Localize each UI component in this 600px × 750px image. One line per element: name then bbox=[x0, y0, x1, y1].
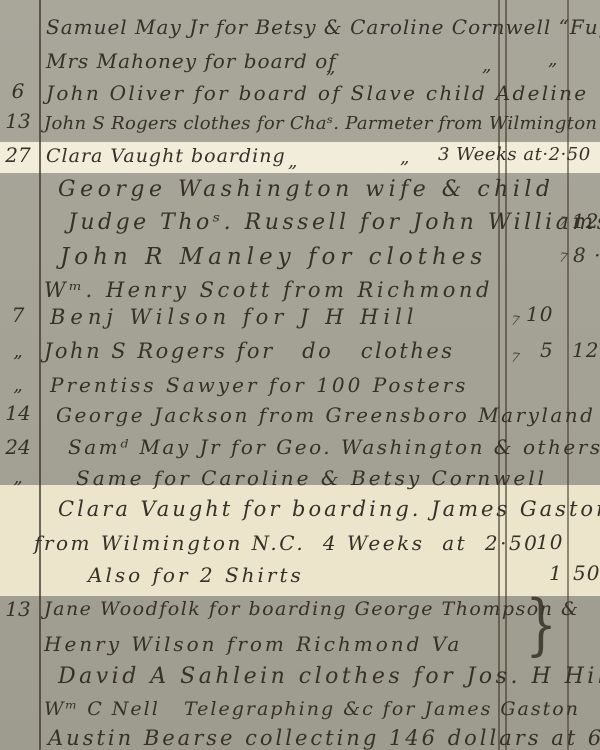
ledger-page: 6 13 27 7 „ „ 14 24 „ 13 Samuel May Jr f… bbox=[0, 0, 600, 750]
ledger-line: Prentiss Sawyer for 100 Posters bbox=[50, 374, 468, 396]
ledger-line: George Jackson from Greensboro Maryland bbox=[56, 404, 595, 426]
day-number: 13 bbox=[0, 110, 36, 132]
ledger-line: Also for 2 Shirts bbox=[88, 564, 304, 586]
amount: 10 bbox=[536, 531, 563, 553]
ledger-line: John S Rogers clothes for Chaˢ. Parmeter… bbox=[44, 114, 600, 134]
day-number: 14 bbox=[0, 402, 36, 424]
rate-note: 3 Weeks at·2·50 bbox=[438, 145, 591, 165]
amount: 8 · bbox=[573, 244, 600, 266]
tick-mark: 7 bbox=[510, 351, 521, 366]
amount: 12 · bbox=[572, 210, 600, 232]
ditto-mark: „ bbox=[326, 58, 335, 78]
ditto-mark: „ bbox=[0, 342, 36, 362]
ledger-line: Henry Wilson from Richmond Va bbox=[44, 633, 462, 655]
ledger-line: Judge Thoˢ. Russell for John Williams bbox=[68, 211, 600, 235]
ledger-line: Jane Woodfolk for boarding George Thomps… bbox=[44, 599, 579, 620]
ledger-line: Austin Bearse collecting 146 dollars at … bbox=[48, 727, 600, 750]
ledger-line: Clara Vaught for boarding. James Gaston … bbox=[58, 498, 600, 521]
ledger-line: Samuel May Jr for Betsy & Caroline Cornw… bbox=[46, 16, 600, 38]
day-number: 7 bbox=[0, 304, 36, 326]
ledger-line: David A Sahlein clothes for Jos. H Hill bbox=[58, 665, 600, 689]
ditto-mark: „ bbox=[548, 50, 557, 70]
ledger-line: George Washington wife & child bbox=[58, 178, 555, 202]
amount: 10 bbox=[526, 303, 553, 325]
tick-mark: 7 bbox=[558, 215, 569, 230]
ledger-line: John S Rogers for do clothes bbox=[44, 340, 455, 363]
day-number: 6 bbox=[0, 80, 36, 102]
ditto-mark: „ bbox=[0, 376, 36, 396]
amount: 12 bbox=[572, 339, 599, 361]
tick-mark: 7 bbox=[558, 251, 569, 266]
ledger-line: Samᵈ May Jr for Geo. Washington & others bbox=[68, 436, 600, 458]
ledger-line: Same for Caroline & Betsy Cornwell bbox=[76, 467, 547, 489]
day-number: 13 bbox=[0, 598, 36, 620]
ledger-line: Benj Wilson for J H Hill bbox=[50, 306, 419, 329]
tick-mark: 7 bbox=[510, 314, 521, 329]
ditto-mark: „ bbox=[482, 56, 491, 76]
ditto-mark: „ bbox=[400, 148, 409, 168]
ledger-line: Clara Vaught boarding bbox=[46, 146, 286, 167]
ledger-line: from Wilmington N.C. 4 Weeks at 2·50 bbox=[34, 532, 539, 554]
ledger-line: Wᵐ C Nell Telegraphing &c for James Gast… bbox=[44, 699, 580, 720]
day-number: 27 bbox=[0, 144, 36, 166]
day-number: 24 bbox=[0, 436, 36, 458]
ledger-line: John R Manley for clothes bbox=[60, 245, 487, 270]
amount: 50, bbox=[573, 562, 600, 584]
amount: 5 bbox=[540, 339, 554, 361]
grouping-brace: } bbox=[525, 592, 557, 658]
ditto-mark: „ bbox=[288, 152, 297, 172]
column-rule bbox=[39, 0, 41, 750]
ledger-line: Mrs Mahoney for board of bbox=[46, 50, 337, 72]
ledger-line: John Oliver for board of Slave child Ade… bbox=[46, 82, 588, 104]
ledger-line: Wᵐ. Henry Scott from Richmond bbox=[44, 279, 493, 302]
amount: 1 bbox=[549, 562, 563, 584]
ditto-mark: „ bbox=[0, 468, 36, 488]
